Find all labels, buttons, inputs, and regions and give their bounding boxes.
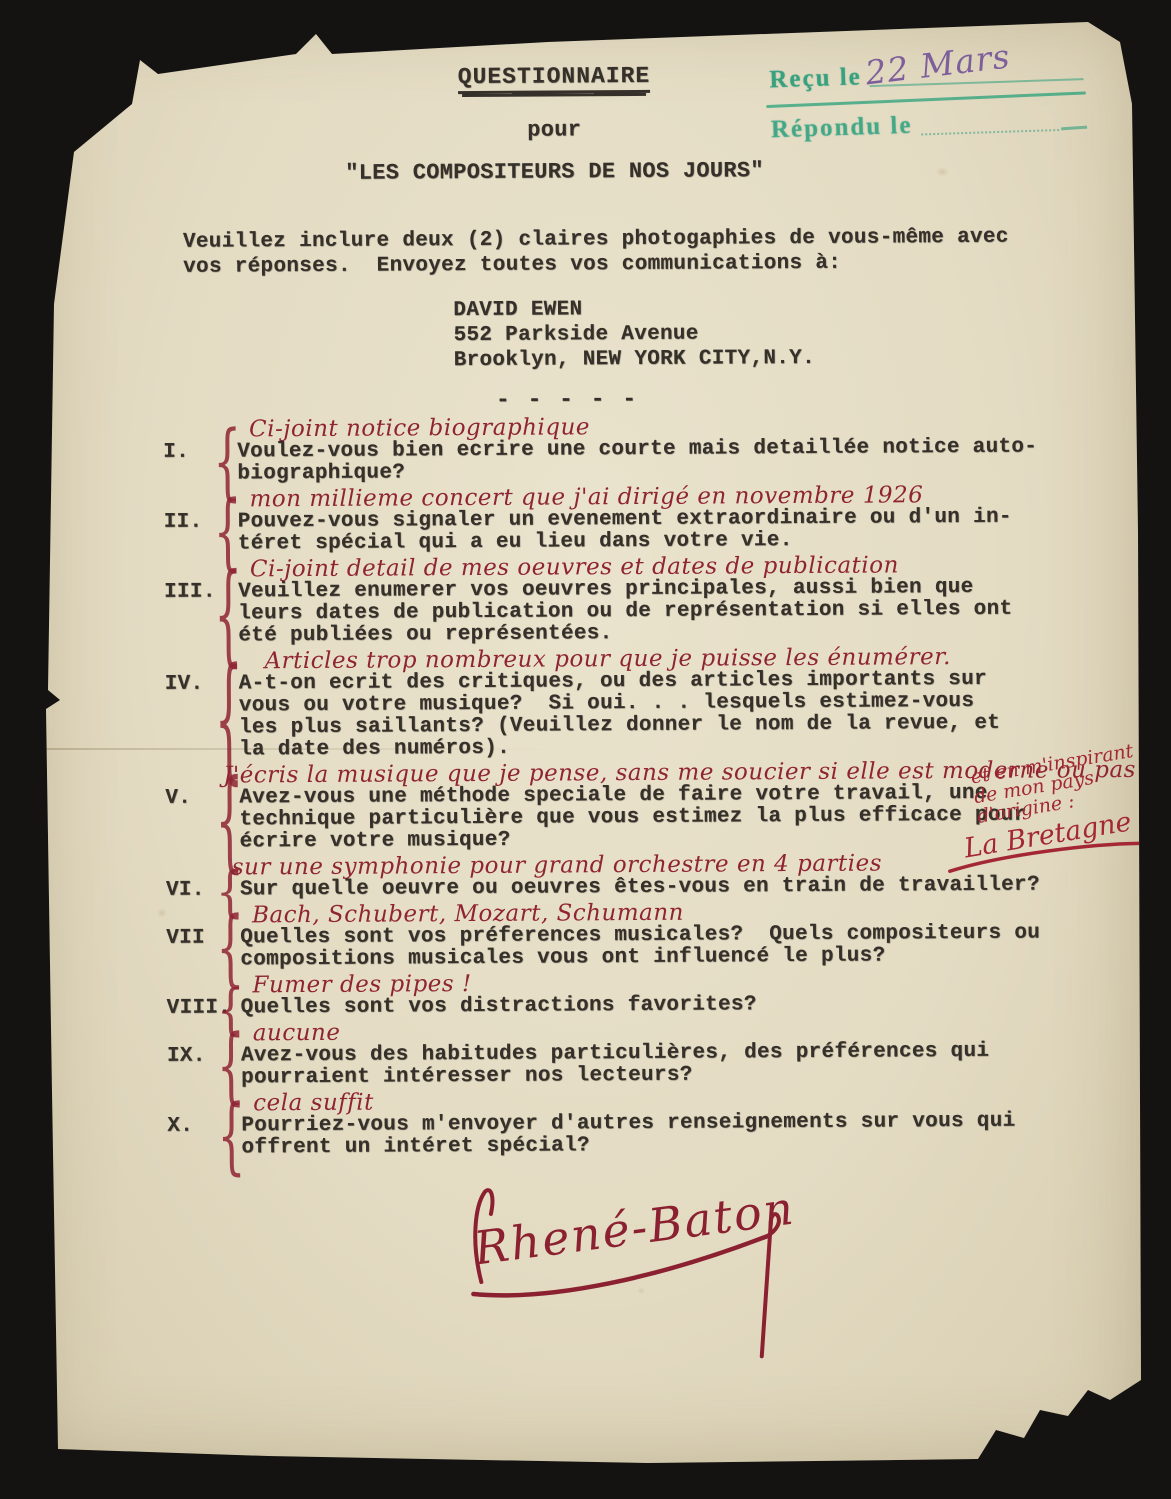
question-8-line-1: Quelles sont vos distractions favorites? <box>241 992 1127 1019</box>
question-1-line-2: biographique? <box>237 458 1123 485</box>
question-1: Ci-joint notice biographique I. { Voulez… <box>163 412 1123 486</box>
question-10-numeral: X. <box>167 1116 193 1138</box>
stamp-answered-line: Répondu le <box>771 106 1088 144</box>
question-1-numeral: I. <box>163 442 189 464</box>
stamp-answered-blank-line <box>921 129 1059 135</box>
question-2-numeral: II. <box>164 512 203 534</box>
question-10: cela suffit X. { Pourriez-vous m'envoyer… <box>167 1086 1127 1160</box>
question-6-numeral: VI. <box>166 880 205 902</box>
mailing-address: DAVID EWEN 552 Parkside Avenue Brooklyn,… <box>453 296 815 373</box>
series-title: "LES COMPOSITEURS DE NOS JOURS" <box>274 160 834 185</box>
paper-sheet: QUESTIONNAIRE pour "LES COMPOSITEURS DE … <box>28 12 1143 1465</box>
red-brace-mark: { <box>217 1095 246 1179</box>
stamp-answered-label: Répondu le <box>771 112 913 145</box>
question-3-numeral: III. <box>164 582 216 604</box>
stamp-received-label: Reçu le <box>769 63 862 94</box>
question-7-numeral: VII <box>166 928 205 950</box>
address-name: DAVID EWEN <box>453 296 814 323</box>
question-6: sur une symphonie pour grand orchestre e… <box>166 850 1126 902</box>
section-divider-dashes: - - - - - <box>496 388 638 411</box>
intro-line-1: Veuillez inclure deux (2) claires photog… <box>183 225 1009 255</box>
question-9-numeral: IX. <box>167 1046 206 1068</box>
document-subtitle: pour <box>274 118 834 143</box>
question-9-line-2: pourraient intéresser nos lecteurs? <box>241 1062 1127 1089</box>
intro-line-2: vos réponses. Envoyez toutes vos communi… <box>183 250 1009 280</box>
question-4: Articles trop nombreux pour que je puiss… <box>164 644 1125 762</box>
question-3: Ci-joint detail de mes oeuvres et dates … <box>164 552 1125 648</box>
question-list: Ci-joint notice biographique I. { Voulez… <box>163 412 1128 1162</box>
document-title: QUESTIONNAIRE <box>458 65 651 94</box>
receipt-stamp: Reçu le 22 Mars Répondu le <box>769 56 1087 144</box>
question-7-line-2: compositions musicales vous ont influenc… <box>240 944 1126 971</box>
question-3-line-3: été publiées ou représentées. <box>238 620 1124 647</box>
stamp-divider-rule <box>766 91 1086 108</box>
question-8: Fumer des pipes ! VIII. { Quelles sont v… <box>166 968 1126 1020</box>
signature-block: Rhené-Baton <box>451 1160 812 1372</box>
question-2: mon millieme concert que j'ai dirigé en … <box>163 482 1123 556</box>
question-6-line-1: Sur quelle oeuvre ou oeuvres êtes-vous e… <box>240 874 1126 901</box>
page-content: QUESTIONNAIRE pour "LES COMPOSITEURS DE … <box>24 8 1148 1468</box>
question-2-line-2: téret spécial qui a eu lieu dans votre v… <box>238 528 1124 555</box>
address-city: Brooklyn, NEW YORK CITY,N.Y. <box>454 346 815 373</box>
address-street: 552 Parkside Avenue <box>453 321 814 348</box>
question-7: Bach, Schubert, Mozart, Schumann VII { Q… <box>166 898 1126 972</box>
stamp-end-dash <box>1061 126 1087 131</box>
scanned-document-photo: { "document": { "title": "QUESTIONNAIRE"… <box>0 0 1171 1499</box>
question-10-line-2: offrent un intéret spécial? <box>241 1132 1127 1159</box>
question-4-numeral: IV. <box>165 674 204 696</box>
title-block: QUESTIONNAIRE pour "LES COMPOSITEURS DE … <box>274 64 835 185</box>
question-5-numeral: V. <box>165 788 191 810</box>
intro-paragraph: Veuillez inclure deux (2) claires photog… <box>183 225 1009 280</box>
question-5: J'écris la musique que je pense, sans me… <box>165 758 1126 854</box>
question-9: aucune IX. { Avez-vous des habitudes par… <box>167 1016 1127 1090</box>
